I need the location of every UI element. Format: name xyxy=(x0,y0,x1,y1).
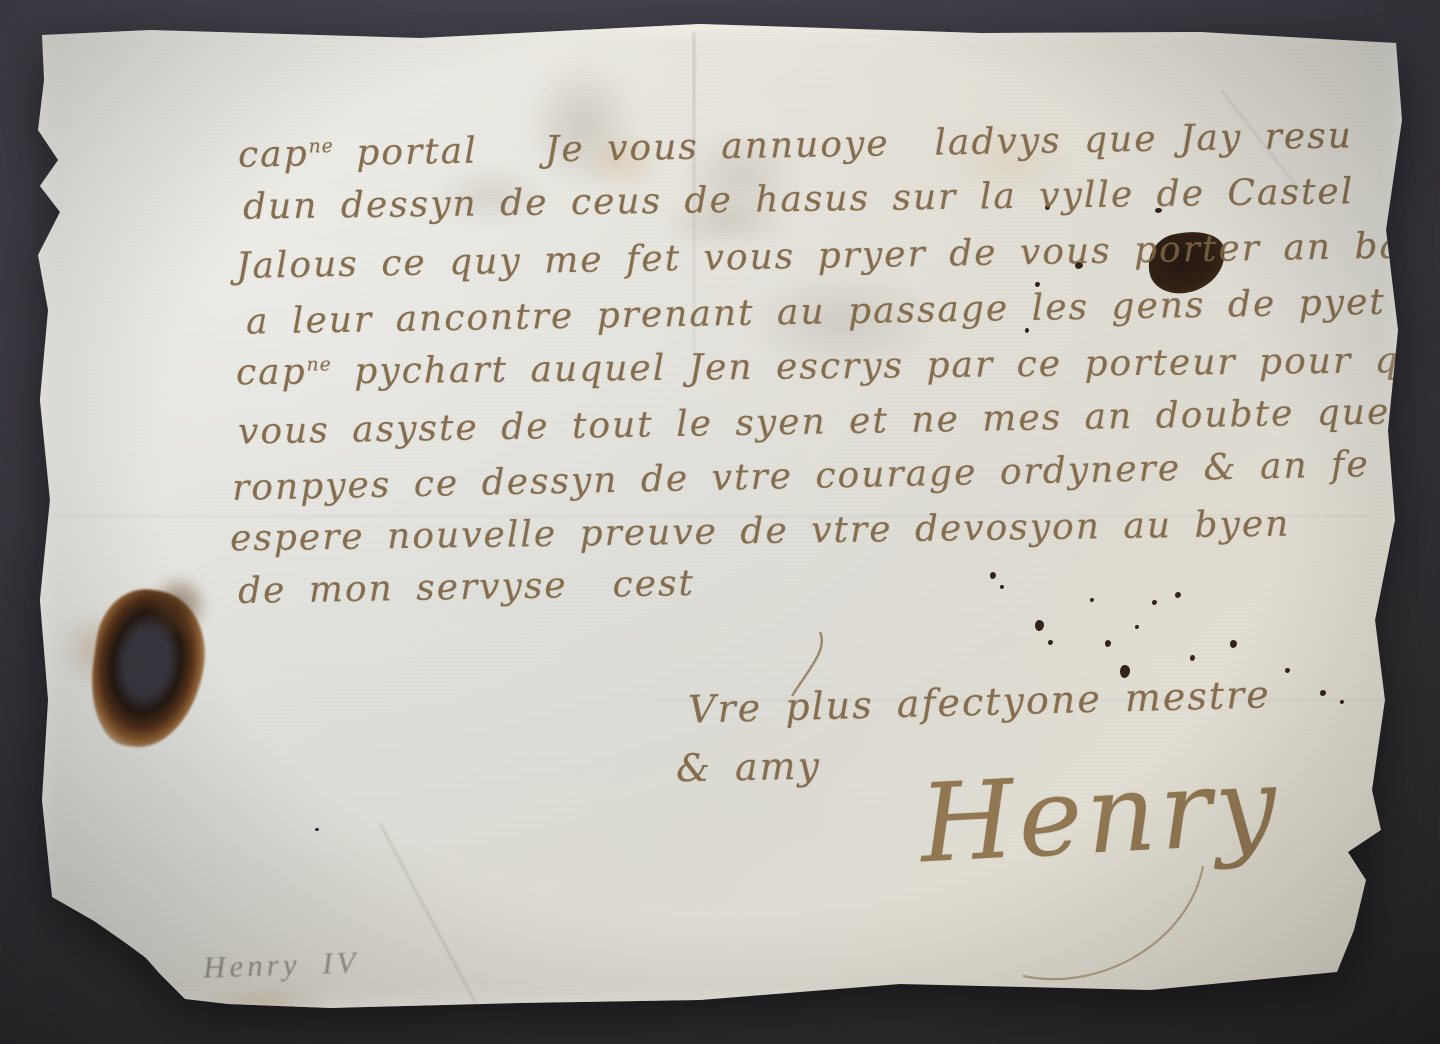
letter-paper: capne portal Je vous annuoye ladvys que … xyxy=(35,18,1408,1012)
paper-edge-highlight xyxy=(35,18,1408,1012)
photo-background: capne portal Je vous annuoye ladvys que … xyxy=(0,0,1440,1044)
paper-wrapper: capne portal Je vous annuoye ladvys que … xyxy=(0,0,1440,1044)
